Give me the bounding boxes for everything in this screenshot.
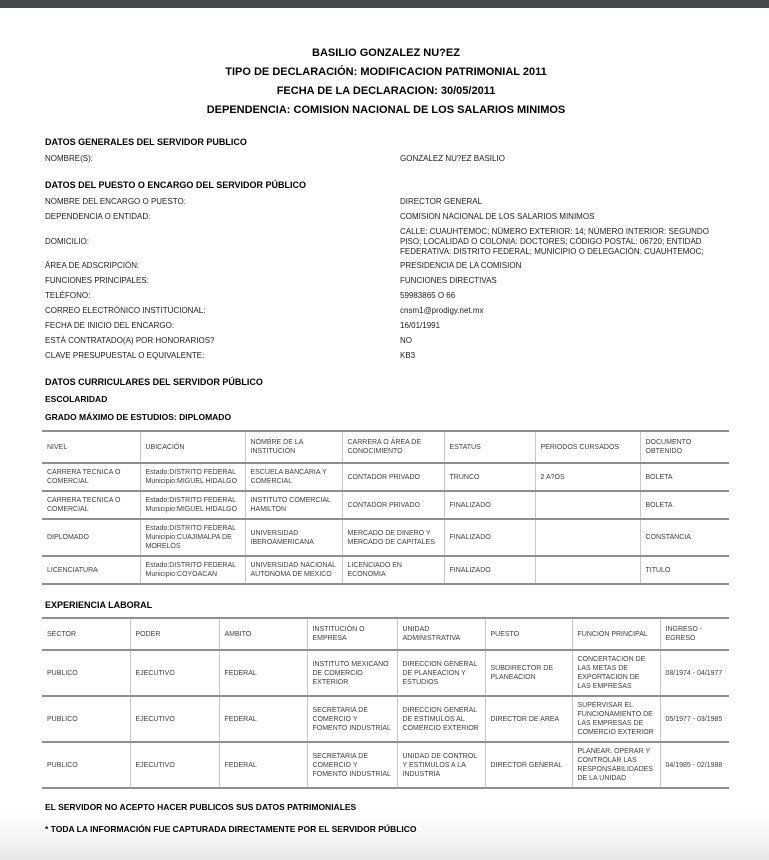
table-cell: SUBDIRECTOR DE PLANEACION xyxy=(485,650,572,696)
escolaridad-table: NIVEL UBICACIÓN NOMBRE DE LA INSTITUCIÓN… xyxy=(42,430,729,585)
section-datos-curriculares: DATOS CURRICULARES DEL SERVIDOR PÚBLICO … xyxy=(45,377,727,585)
table-cell: UNIVERSIDAD IBEROAMERICANA xyxy=(245,519,342,556)
table-cell: ESCUELA BANCARIA Y COMERCIAL xyxy=(245,463,342,491)
table-cell: BOLETA xyxy=(640,463,729,491)
section-datos-puesto: DATOS DEL PUESTO O ENCARGO DEL SERVIDOR … xyxy=(45,180,727,361)
table-header-cell: CARRERA O ÁREA DE CONOCIMIENTO xyxy=(342,431,444,463)
table-header-cell: NIVEL xyxy=(42,431,140,463)
table-header-cell: AMBITO xyxy=(219,618,307,650)
section-title: DATOS DEL PUESTO O ENCARGO DEL SERVIDOR … xyxy=(45,180,727,190)
table-cell: FINALIZADO xyxy=(444,491,535,519)
table-cell: SECRETARIA DE COMERCIO Y FOMENTO INDUSTR… xyxy=(307,742,397,788)
field-row: FECHA DE INICIO DEL ENCARGO: 16/01/1991 xyxy=(45,321,727,331)
document-header: BASILIO GONZALEZ NU?EZ TIPO DE DECLARACI… xyxy=(45,44,727,120)
table-cell: CARRERA TECNICA O COMERCIAL xyxy=(42,491,140,519)
table-header-cell: ESTATUS xyxy=(444,431,535,463)
field-label: FECHA DE INICIO DEL ENCARGO: xyxy=(45,321,400,331)
table-cell: UNIVERSIDAD NACIONAL AUTONOMA DE MEXICO xyxy=(245,556,342,584)
table-cell: PUBLICO xyxy=(42,650,130,696)
table-cell: SECRETARIA DE COMERCIO Y FOMENTO INDUSTR… xyxy=(307,696,397,742)
field-label: NOMBRE DEL ENCARGO O PUESTO: xyxy=(45,197,400,207)
field-row: CORREO ELECTRÓNICO INSTITUCIONAL: cnsm1@… xyxy=(45,306,727,316)
table-header-cell: PUESTO xyxy=(485,618,572,650)
table-row: DIPLOMADO Estado:DISTRITO FEDERAL Munici… xyxy=(42,519,729,556)
field-row: DEPENDENCIA O ENTIDAD: COMISION NACIONAL… xyxy=(45,212,727,222)
table-row: PUBLICO EJECUTIVO FEDERAL SECRETARIA DE … xyxy=(42,742,729,788)
table-cell: FEDERAL xyxy=(219,650,307,696)
field-label: ESTÁ CONTRATADO(A) POR HONORARIOS? xyxy=(45,336,400,346)
table-cell: FINALIZADO xyxy=(444,519,535,556)
table-cell: FEDERAL xyxy=(219,696,307,742)
field-row: TELÉFONO: 59983865 O 66 xyxy=(45,291,727,301)
table-cell: PUBLICO xyxy=(42,696,130,742)
table-header-cell: INGRESO - EGRESO xyxy=(660,618,729,650)
table-cell: PUBLICO xyxy=(42,742,130,788)
table-header-cell: UBICACIÓN xyxy=(140,431,245,463)
field-label: TELÉFONO: xyxy=(45,291,400,301)
table-cell: CONTADOR PRIVADO xyxy=(342,463,444,491)
table-row: CARRERA TECNICA O COMERCIAL Estado:DISTR… xyxy=(42,463,729,491)
capture-note: * TODA LA INFORMACIÓN FUE CAPTURADA DIRE… xyxy=(45,824,727,834)
table-cell: DIRECCION GENERAL DE PLANEACION Y ESTUDI… xyxy=(397,650,485,696)
field-row: NOMBRE DEL ENCARGO O PUESTO: DIRECTOR GE… xyxy=(45,197,727,207)
table-row: LICENCIATURA Estado:DISTRITO FEDERAL Mun… xyxy=(42,556,729,584)
section-datos-generales: DATOS GENERALES DEL SERVIDOR PUBLICO NOM… xyxy=(45,137,727,164)
table-cell xyxy=(535,556,640,584)
table-cell: Estado:DISTRITO FEDERAL Municipio:MIGUEL… xyxy=(140,463,245,491)
declaration-date: FECHA DE LA DECLARACION: 30/05/2011 xyxy=(45,82,727,101)
grado-maximo: GRADO MÁXIMO DE ESTUDIOS: DIPLOMADO xyxy=(45,412,727,422)
field-value: DIRECTOR GENERAL xyxy=(400,197,727,207)
table-header-cell: DOCUMENTO OBTENIDO xyxy=(640,431,729,463)
table-cell: INSTITUTO COMERCIAL HAMILTON xyxy=(245,491,342,519)
field-label: CLAVE PRESUPUESTAL O EQUIVALENTE: xyxy=(45,351,400,361)
field-value: cnsm1@prodigy.net.mx xyxy=(400,306,727,316)
table-cell: LICENCIATURA xyxy=(42,556,140,584)
section-experiencia-laboral: EXPERIENCIA LABORAL SECTOR PODER AMBITO … xyxy=(45,600,727,789)
table-cell: 2 A?OS xyxy=(535,463,640,491)
table-cell: 05/1977 - 03/1985 xyxy=(660,696,729,742)
table-cell: Estado:DISTRITO FEDERAL Municipio:COYOAC… xyxy=(140,556,245,584)
field-row: NOMBRE(S): GONZALEZ NU?EZ BASILIO xyxy=(45,154,727,164)
table-cell: EJECUTIVO xyxy=(130,696,219,742)
table-cell: CARRERA TECNICA O COMERCIAL xyxy=(42,463,140,491)
table-cell: CONTADOR PRIVADO xyxy=(342,491,444,519)
table-cell: PLANEAR, OPERAR Y CONTROLAR LAS RESPONSA… xyxy=(572,742,660,788)
subsection-escolaridad: ESCOLARIDAD xyxy=(45,394,727,404)
table-cell: DIRECCION GENERAL DE ESTIMULOS AL COMERC… xyxy=(397,696,485,742)
declaration-type: TIPO DE DECLARACIÓN: MODIFICACION PATRIM… xyxy=(45,63,727,82)
field-row: CLAVE PRESUPUESTAL O EQUIVALENTE: KB3 xyxy=(45,351,727,361)
section-title: DATOS GENERALES DEL SERVIDOR PUBLICO xyxy=(45,137,727,147)
field-value: KB3 xyxy=(400,351,727,361)
document-page: BASILIO GONZALEZ NU?EZ TIPO DE DECLARACI… xyxy=(0,8,769,834)
table-header-cell: PERIODOS CURSADOS xyxy=(535,431,640,463)
table-cell: BOLETA xyxy=(640,491,729,519)
table-cell: TRUNCO xyxy=(444,463,535,491)
table-header-row: SECTOR PODER AMBITO INSTITUCIÓN O EMPRES… xyxy=(42,618,729,650)
table-cell: INSTITUTO MEXICANO DE COMERCIO EXTERIOR xyxy=(307,650,397,696)
table-cell: Estado:DISTRITO FEDERAL Municipio:MIGUEL… xyxy=(140,491,245,519)
field-label: ÁREA DE ADSCRIPCIÓN: xyxy=(45,261,400,271)
table-header-cell: SECTOR xyxy=(42,618,130,650)
field-value: FUNCIONES DIRECTIVAS xyxy=(400,276,727,286)
table-cell: FEDERAL xyxy=(219,742,307,788)
table-cell: DIPLOMADO xyxy=(42,519,140,556)
field-label: NOMBRE(S): xyxy=(45,154,400,164)
table-cell: FINALIZADO xyxy=(444,556,535,584)
table-header-cell: FUNCIÓN PRINCIPAL xyxy=(572,618,660,650)
table-cell: 04/1985 - 02/1988 xyxy=(660,742,729,788)
table-row: PUBLICO EJECUTIVO FEDERAL SECRETARIA DE … xyxy=(42,696,729,742)
declarant-name: BASILIO GONZALEZ NU?EZ xyxy=(45,44,727,63)
table-cell: EJECUTIVO xyxy=(130,650,219,696)
table-cell: DIRECTOR GENERAL xyxy=(485,742,572,788)
table-cell: MERCADO DE DINERO Y MERCADO DE CAPITALES xyxy=(342,519,444,556)
field-value: COMISION NACIONAL DE LOS SALARIOS MINIMO… xyxy=(400,212,727,222)
table-row: CARRERA TECNICA O COMERCIAL Estado:DISTR… xyxy=(42,491,729,519)
field-row: ESTÁ CONTRATADO(A) POR HONORARIOS? NO xyxy=(45,336,727,346)
table-cell: DIRECTOR DE AREA xyxy=(485,696,572,742)
field-value: NO xyxy=(400,336,727,346)
table-header-cell: UNIDAD ADMINISTRATIVA xyxy=(397,618,485,650)
table-cell: 08/1974 - 04/1977 xyxy=(660,650,729,696)
field-value: 16/01/1991 xyxy=(400,321,727,331)
field-value: CALLE: CUAUHTEMOC; NÚMERO EXTERIOR: 14; … xyxy=(400,227,727,257)
table-row: PUBLICO EJECUTIVO FEDERAL INSTITUTO MEXI… xyxy=(42,650,729,696)
privacy-note: EL SERVIDOR NO ACEPTO HACER PUBLICOS SUS… xyxy=(45,802,727,812)
table-header-cell: NOMBRE DE LA INSTITUCIÓN xyxy=(245,431,342,463)
table-cell: SUPERVISAR EL FUNCIONAMIENTO DE LAS EMPR… xyxy=(572,696,660,742)
field-value: GONZALEZ NU?EZ BASILIO xyxy=(400,154,727,164)
table-header-cell: INSTITUCIÓN O EMPRESA xyxy=(307,618,397,650)
table-cell xyxy=(535,519,640,556)
field-row: DOMICILIO: CALLE: CUAUHTEMOC; NÚMERO EXT… xyxy=(45,227,727,257)
section-title: DATOS CURRICULARES DEL SERVIDOR PÚBLICO xyxy=(45,377,727,387)
table-cell: TITULO xyxy=(640,556,729,584)
field-label: CORREO ELECTRÓNICO INSTITUCIONAL: xyxy=(45,306,400,316)
field-label: FUNCIONES PRINCIPALES: xyxy=(45,276,400,286)
field-label: DEPENDENCIA O ENTIDAD: xyxy=(45,212,400,222)
table-cell: Estado:DISTRITO FEDERAL Municipio:CUAJIM… xyxy=(140,519,245,556)
field-row: ÁREA DE ADSCRIPCIÓN: PRESIDENCIA DE LA C… xyxy=(45,261,727,271)
table-cell xyxy=(535,491,640,519)
field-value: PRESIDENCIA DE LA COMISION xyxy=(400,261,727,271)
field-label: DOMICILIO: xyxy=(45,237,400,247)
table-cell: CONSTANCIA xyxy=(640,519,729,556)
table-header-cell: PODER xyxy=(130,618,219,650)
table-cell: CONCERTACION DE LAS METAS DE EXPORTACION… xyxy=(572,650,660,696)
window-top-bar xyxy=(0,0,769,8)
table-header-row: NIVEL UBICACIÓN NOMBRE DE LA INSTITUCIÓN… xyxy=(42,431,729,463)
field-row: FUNCIONES PRINCIPALES: FUNCIONES DIRECTI… xyxy=(45,276,727,286)
section-title: EXPERIENCIA LABORAL xyxy=(45,600,727,610)
experiencia-table: SECTOR PODER AMBITO INSTITUCIÓN O EMPRES… xyxy=(42,617,729,789)
table-cell: LICENCIADO EN ECONOMIA xyxy=(342,556,444,584)
field-value: 59983865 O 66 xyxy=(400,291,727,301)
table-cell: EJECUTIVO xyxy=(130,742,219,788)
table-cell: UNIDAD DE CONTROL Y ESTIMULOS A LA INDUS… xyxy=(397,742,485,788)
declaration-dependency: DEPENDENCIA: COMISION NACIONAL DE LOS SA… xyxy=(45,101,727,120)
